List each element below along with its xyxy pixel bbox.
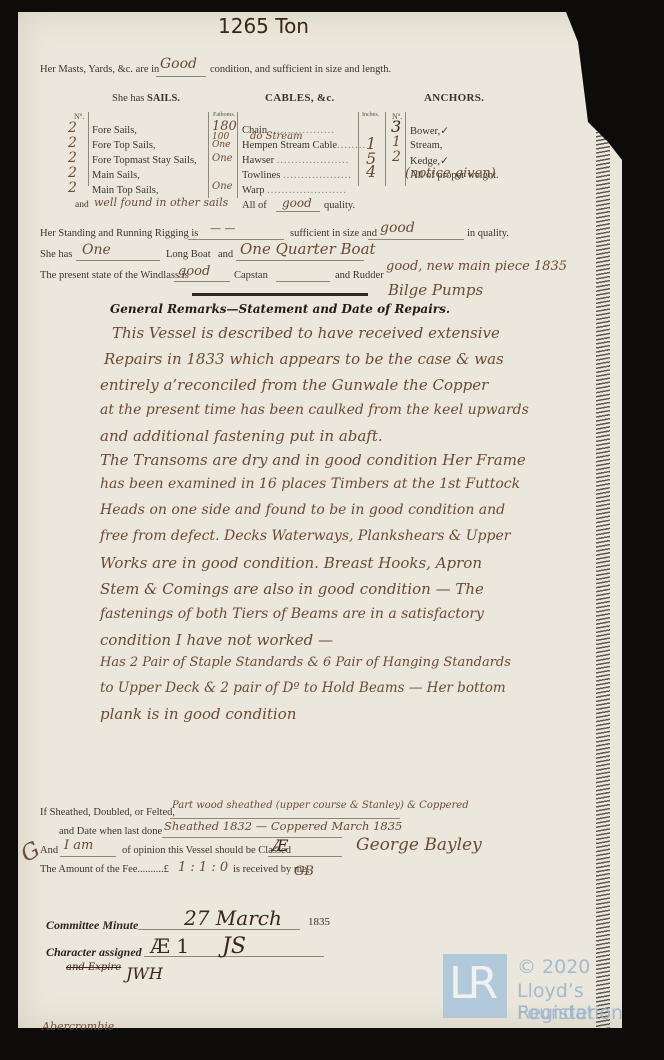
lr-logo: LR (443, 954, 507, 1018)
sheathing-value: Part wood sheathed (upper course & Stanl… (172, 800, 469, 811)
surveyor-signature: George Bayley (356, 835, 482, 855)
cable-label: Towlines ................... (242, 170, 352, 181)
rigging-value-2: good (380, 220, 415, 236)
sail-count: 2 (68, 135, 77, 151)
inches-label: Inches. (362, 112, 379, 118)
class-value: Æ (272, 836, 288, 855)
committee-minute-value: 27 March (184, 906, 282, 930)
character-assigned-label: Character assigned (46, 945, 142, 960)
opinion-and-label: And (40, 845, 58, 856)
remark-line: Works are in good condition. Breast Hook… (100, 554, 482, 572)
cables-quality-prefix: All of (242, 200, 267, 211)
watermark-copyright: © 2020 (517, 956, 590, 978)
struck-note: and Expire (66, 962, 121, 973)
cable-fathoms-2: One (212, 140, 231, 150)
sails-and-value: well found in other sails (94, 196, 228, 209)
sail-label: Fore Top Sails, (92, 140, 156, 151)
anchor-count: 1 (392, 134, 401, 150)
tonnage: 1265 Ton (218, 14, 309, 38)
rigging-middle: sufficient in size and (290, 228, 377, 239)
sail-count: 2 (68, 165, 77, 181)
remark-line: Stem & Comings are also in good conditio… (100, 580, 484, 598)
remark-line: The Transoms are dry and in good conditi… (100, 451, 526, 469)
date-prefix: and Date when last done (59, 826, 162, 837)
windlass-prefix: The present state of the Windlass is (40, 270, 189, 281)
sail-label: Fore Topmast Stay Sails, (92, 155, 197, 166)
section-divider (192, 293, 368, 296)
fathoms-label: Fathoms. (213, 112, 235, 118)
quarter-boat-value: One Quarter Boat (240, 240, 376, 258)
anchor-label: Bower,✓ (410, 125, 449, 137)
binding-spiral (596, 67, 610, 1060)
remark-line: to Upper Deck & 2 pair of Dº to Hold Bea… (100, 680, 506, 696)
sail-label: Main Top Sails, (92, 185, 158, 196)
sails-title: She has SAILS. (112, 93, 180, 104)
sail-count: 2 (68, 180, 77, 196)
remark-line: Heads on one side and found to be in goo… (100, 502, 505, 518)
anchors-title: ANCHORS. (424, 92, 484, 104)
fee-initials: GB (294, 864, 314, 879)
rudder-label: and Rudder (335, 270, 384, 281)
remark-line: Repairs in 1833 which appears to be the … (104, 350, 504, 368)
sail-count: 2 (68, 120, 77, 136)
rigging-suffix: in quality. (467, 228, 509, 239)
pumps-note: Bilge Pumps (388, 281, 483, 299)
bottom-note: Abercrombie (42, 1020, 114, 1033)
boats-and-label: and (218, 249, 233, 260)
opinion-text: of opinion this Vessel should be Classed (122, 845, 291, 856)
windlass-value: good (178, 264, 210, 279)
cables-quality-value: good (282, 196, 312, 210)
sheathing-prefix: If Sheathed, Doubled, or Felted, (40, 807, 175, 818)
rudder-value: good, new main piece 1835 (386, 259, 567, 274)
sails-and-label: and (75, 200, 89, 210)
character-assigned-value: Æ 1 (150, 934, 189, 958)
sail-label: Main Sails, (92, 170, 140, 181)
remarks-heading: General Remarks—Statement and Date of Re… (110, 302, 450, 316)
anchor-count: 2 (392, 149, 401, 165)
masts-value: Good (160, 56, 197, 72)
remark-line: plank is in good condition (100, 705, 296, 723)
cables-quality-suffix: quality. (324, 200, 355, 211)
remark-line: condition I have not worked — (100, 631, 333, 649)
boats-prefix: She has (40, 249, 72, 260)
long-boat-value: One (82, 242, 111, 258)
remark-line: free from defect. Decks Waterways, Plank… (100, 528, 510, 544)
cables-title: CABLES, &c. (265, 92, 335, 104)
cable-fathoms: One (212, 153, 233, 164)
long-boat-label: Long Boat (166, 249, 211, 260)
remark-line: fastenings of both Tiers of Beams are in… (100, 606, 484, 622)
cable-fathoms: One (212, 181, 233, 192)
cable-inches: 4 (366, 162, 376, 181)
fee-value: 1 : 1 : 0 (178, 860, 228, 875)
remark-line: Has 2 Pair of Staple Standards & 6 Pair … (100, 655, 511, 670)
masts-prefix: Her Masts, Yards, &c. are in (40, 64, 159, 75)
remark-line: at the present time has been caulked fro… (100, 402, 529, 418)
remark-line: entirely a’reconciled from the Gunwale t… (100, 376, 488, 394)
remark-line: has been examined in 16 places Timbers a… (100, 476, 520, 492)
watermark-line-2: Foundation (517, 1002, 623, 1024)
committee-minute-year: 1835 (308, 916, 330, 928)
cable-label: Hawser .................... (242, 155, 349, 166)
anchors-hand-note: (notice given) (405, 166, 496, 181)
capstan-label: Capstan (234, 270, 268, 281)
rigging-value-1: — — (210, 222, 236, 235)
cable-label: Hempen Stream Cable........ (242, 140, 366, 151)
rigging-prefix: Her Standing and Running Rigging is (40, 228, 198, 239)
sail-count: 2 (68, 150, 77, 166)
cable-label: Warp ...................... (242, 185, 347, 196)
initials-2: JWH (126, 964, 163, 983)
character-initials: JS (222, 934, 246, 959)
remark-line: This Vessel is described to have receive… (112, 324, 500, 342)
date-value: Sheathed 1832 — Coppered March 1835 (164, 819, 402, 833)
sail-label: Fore Sails, (92, 125, 137, 136)
opinion-value: I am (64, 838, 93, 853)
remark-line: and additional fastening put in abaft. (100, 427, 383, 445)
anchor-label: Stream, (410, 140, 442, 151)
masts-suffix: condition, and sufficient in size and le… (210, 64, 391, 75)
committee-minute-label: Committee Minute (46, 918, 138, 933)
fee-prefix: The Amount of the Fee..........£ (40, 864, 169, 875)
